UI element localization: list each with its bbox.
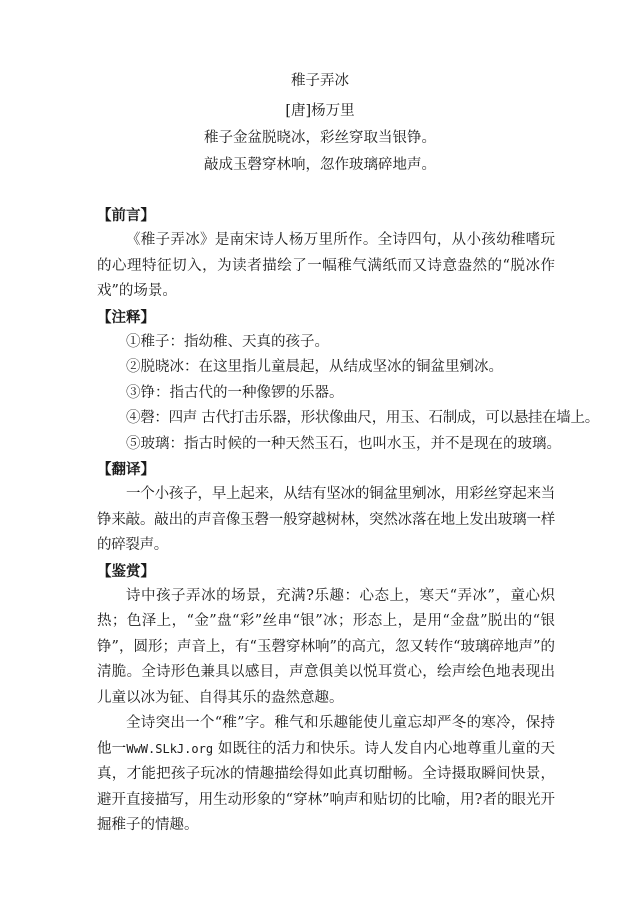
note-item: ⑤玻璃：指古时候的一种天然玉石，也叫水玉，并不是现在的玻璃。 [97,432,555,458]
poem-line-2: 敲成玉磬穿林响，忽作玻璃碎地声。 [0,153,640,174]
note-item: ④磬：四声 古代打击乐器，形状像曲尺，用玉、石制成，可以悬挂在墙上。 [97,406,555,432]
section-heading-appreciation: 【鉴赏】 [97,559,555,584]
document-body: 【前言】 《稚子弄冰》是南宋诗人杨万里所作。全诗四句，从小孩幼稚嗜玩的心理特征切… [97,203,555,839]
section-heading-preface: 【前言】 [97,203,555,228]
note-item: ①稚子：指幼稚、天真的孩子。 [97,330,555,356]
preface-text: 《稚子弄冰》是南宋诗人杨万里所作。全诗四句，从小孩幼稚嗜玩的心理特征切入，为读者… [97,228,555,305]
section-heading-notes: 【注释】 [97,305,555,330]
note-item: ③铮：指古代的一种像锣的乐器。 [97,381,555,407]
section-heading-translation: 【翻译】 [97,457,555,482]
watermark-text: WwW.SLkJ.org [126,742,213,756]
poem-title: 稚子弄冰 [0,69,640,90]
translation-text: 一个小孩子，早上起来，从结有坚冰的铜盆里剜冰，用彩丝穿起来当铮来敲。敲出的声音像… [97,482,555,559]
poem-author: [唐]杨万里 [0,99,640,120]
poem-line-1: 稚子金盆脱晓冰，彩丝穿取当银铮。 [0,126,640,147]
appreciation-paragraph-2: 全诗突出一个“稚”字。稚气和乐趣能使儿童忘却严冬的寒冷，保持他一WwW.SLkJ… [97,711,555,839]
note-item: ②脱晓冰：在这里指儿童晨起，从结成坚冰的铜盆里剜冰。 [97,355,555,381]
appreciation-paragraph-1: 诗中孩子弄冰的场景，充满?乐趣：心态上，寒天“弄冰”，童心炽热；色泽上，“金”盘… [97,584,555,712]
